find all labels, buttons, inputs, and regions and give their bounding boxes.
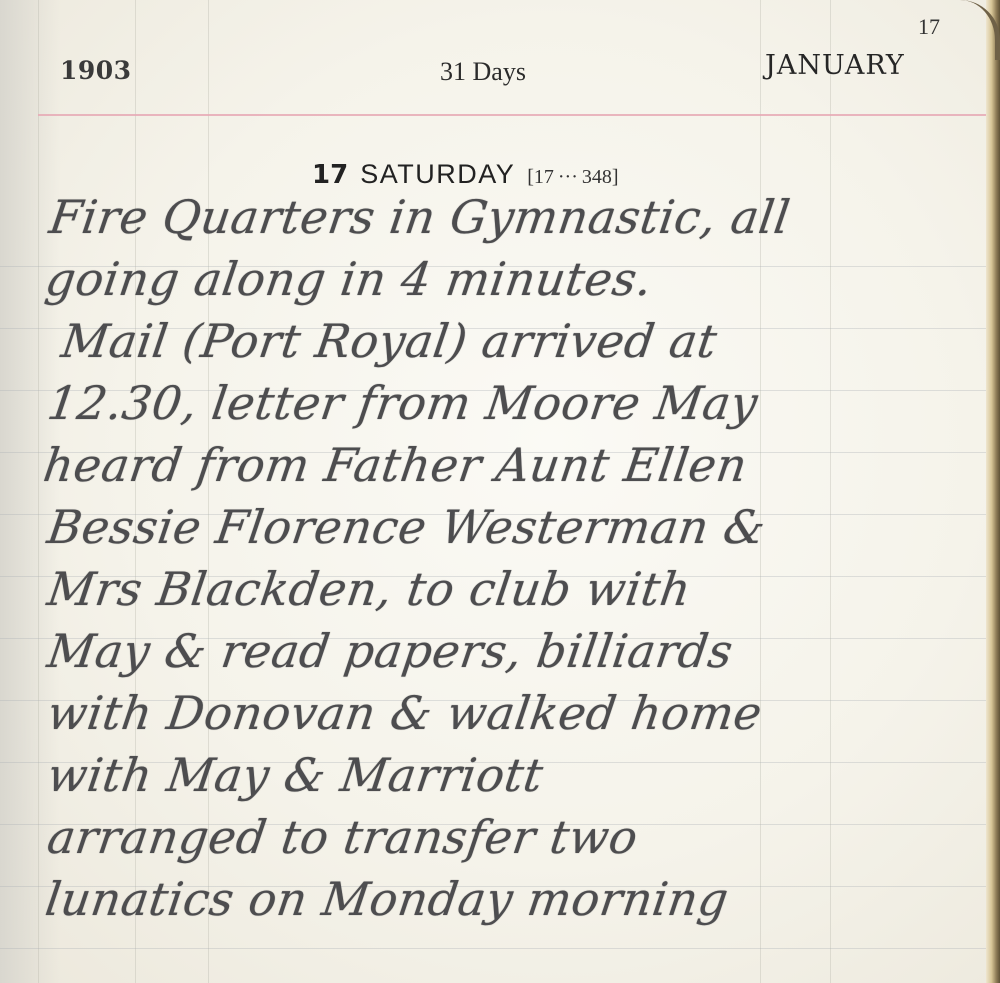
month-label: JANUARY [765,50,905,81]
page-number: 17 [918,14,940,40]
year-label: 1903 [60,56,132,85]
entry-line: 12.30, letter from Moore May [36,372,975,434]
entry-line: lunatics on Monday morning [36,868,975,930]
days-in-month-label: 31 Days [440,57,526,87]
diary-page: 1903 31 Days 17 JANUARY 17 SATURDAY [17 … [0,0,1000,983]
entry-line: Bessie Florence Westerman & [36,496,975,558]
entry-line: with May & Marriott [36,744,975,806]
entry-line: Mail (Port Royal) arrived at [36,310,975,372]
page-binding-edge [986,0,1000,983]
entry-line: May & read papers, billiards [36,620,975,682]
entry-line: going along in 4 minutes. [36,248,975,310]
header-divider [38,114,986,116]
entry-line: arranged to transfer two [36,806,975,868]
entry-line: heard from Father Aunt Ellen [36,434,975,496]
handwritten-entry: Fire Quarters in Gymnastic, all going al… [40,186,970,930]
entry-line: Fire Quarters in Gymnastic, all [36,186,975,248]
entry-line: with Donovan & walked home [36,682,975,744]
entry-line: Mrs Blackden, to club with [36,558,975,620]
